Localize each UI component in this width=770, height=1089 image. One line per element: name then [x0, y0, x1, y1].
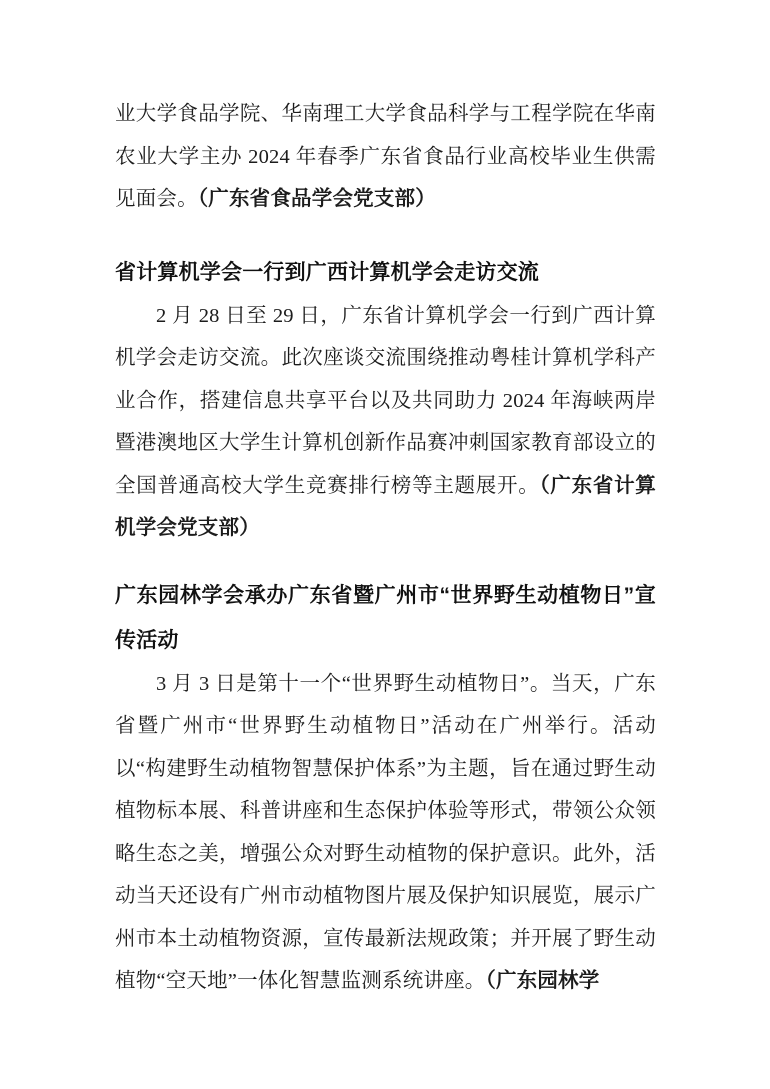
- section-heading-computer-society-visit: 省计算机学会一行到广西计算机学会走访交流: [115, 250, 656, 295]
- paragraph-landscape-society-text: 3 月 3 日是第十一个“世界野生动植物日”。当天，广东省暨广州市“世界野生动植…: [115, 673, 656, 993]
- document-page: 业大学食品学院、华南理工大学食品科学与工程学院在华南农业大学主办 2024 年春…: [0, 0, 770, 1089]
- paragraph-landscape-society: 3 月 3 日是第十一个“世界野生动植物日”。当天，广东省暨广州市“世界野生动植…: [115, 663, 656, 1003]
- attribution-food-society: （广东省食品学会党支部）: [198, 188, 436, 210]
- section-heading-landscape-society-wildlife-day: 广东园林学会承办广东省暨广州市“世界野生动植物日”宣传活动: [115, 573, 656, 663]
- attribution-landscape-society: （广东园林学: [486, 970, 600, 992]
- paragraph-computer-society-text: 2 月 28 日至 29 日，广东省计算机学会一行到广西计算机学会走访交流。此次…: [115, 305, 656, 497]
- page-content: 业大学食品学院、华南理工大学食品科学与工程学院在华南农业大学主办 2024 年春…: [115, 93, 656, 1003]
- paragraph-continuation: 业大学食品学院、华南理工大学食品科学与工程学院在华南农业大学主办 2024 年春…: [115, 93, 656, 221]
- paragraph-computer-society: 2 月 28 日至 29 日，广东省计算机学会一行到广西计算机学会走访交流。此次…: [115, 295, 656, 550]
